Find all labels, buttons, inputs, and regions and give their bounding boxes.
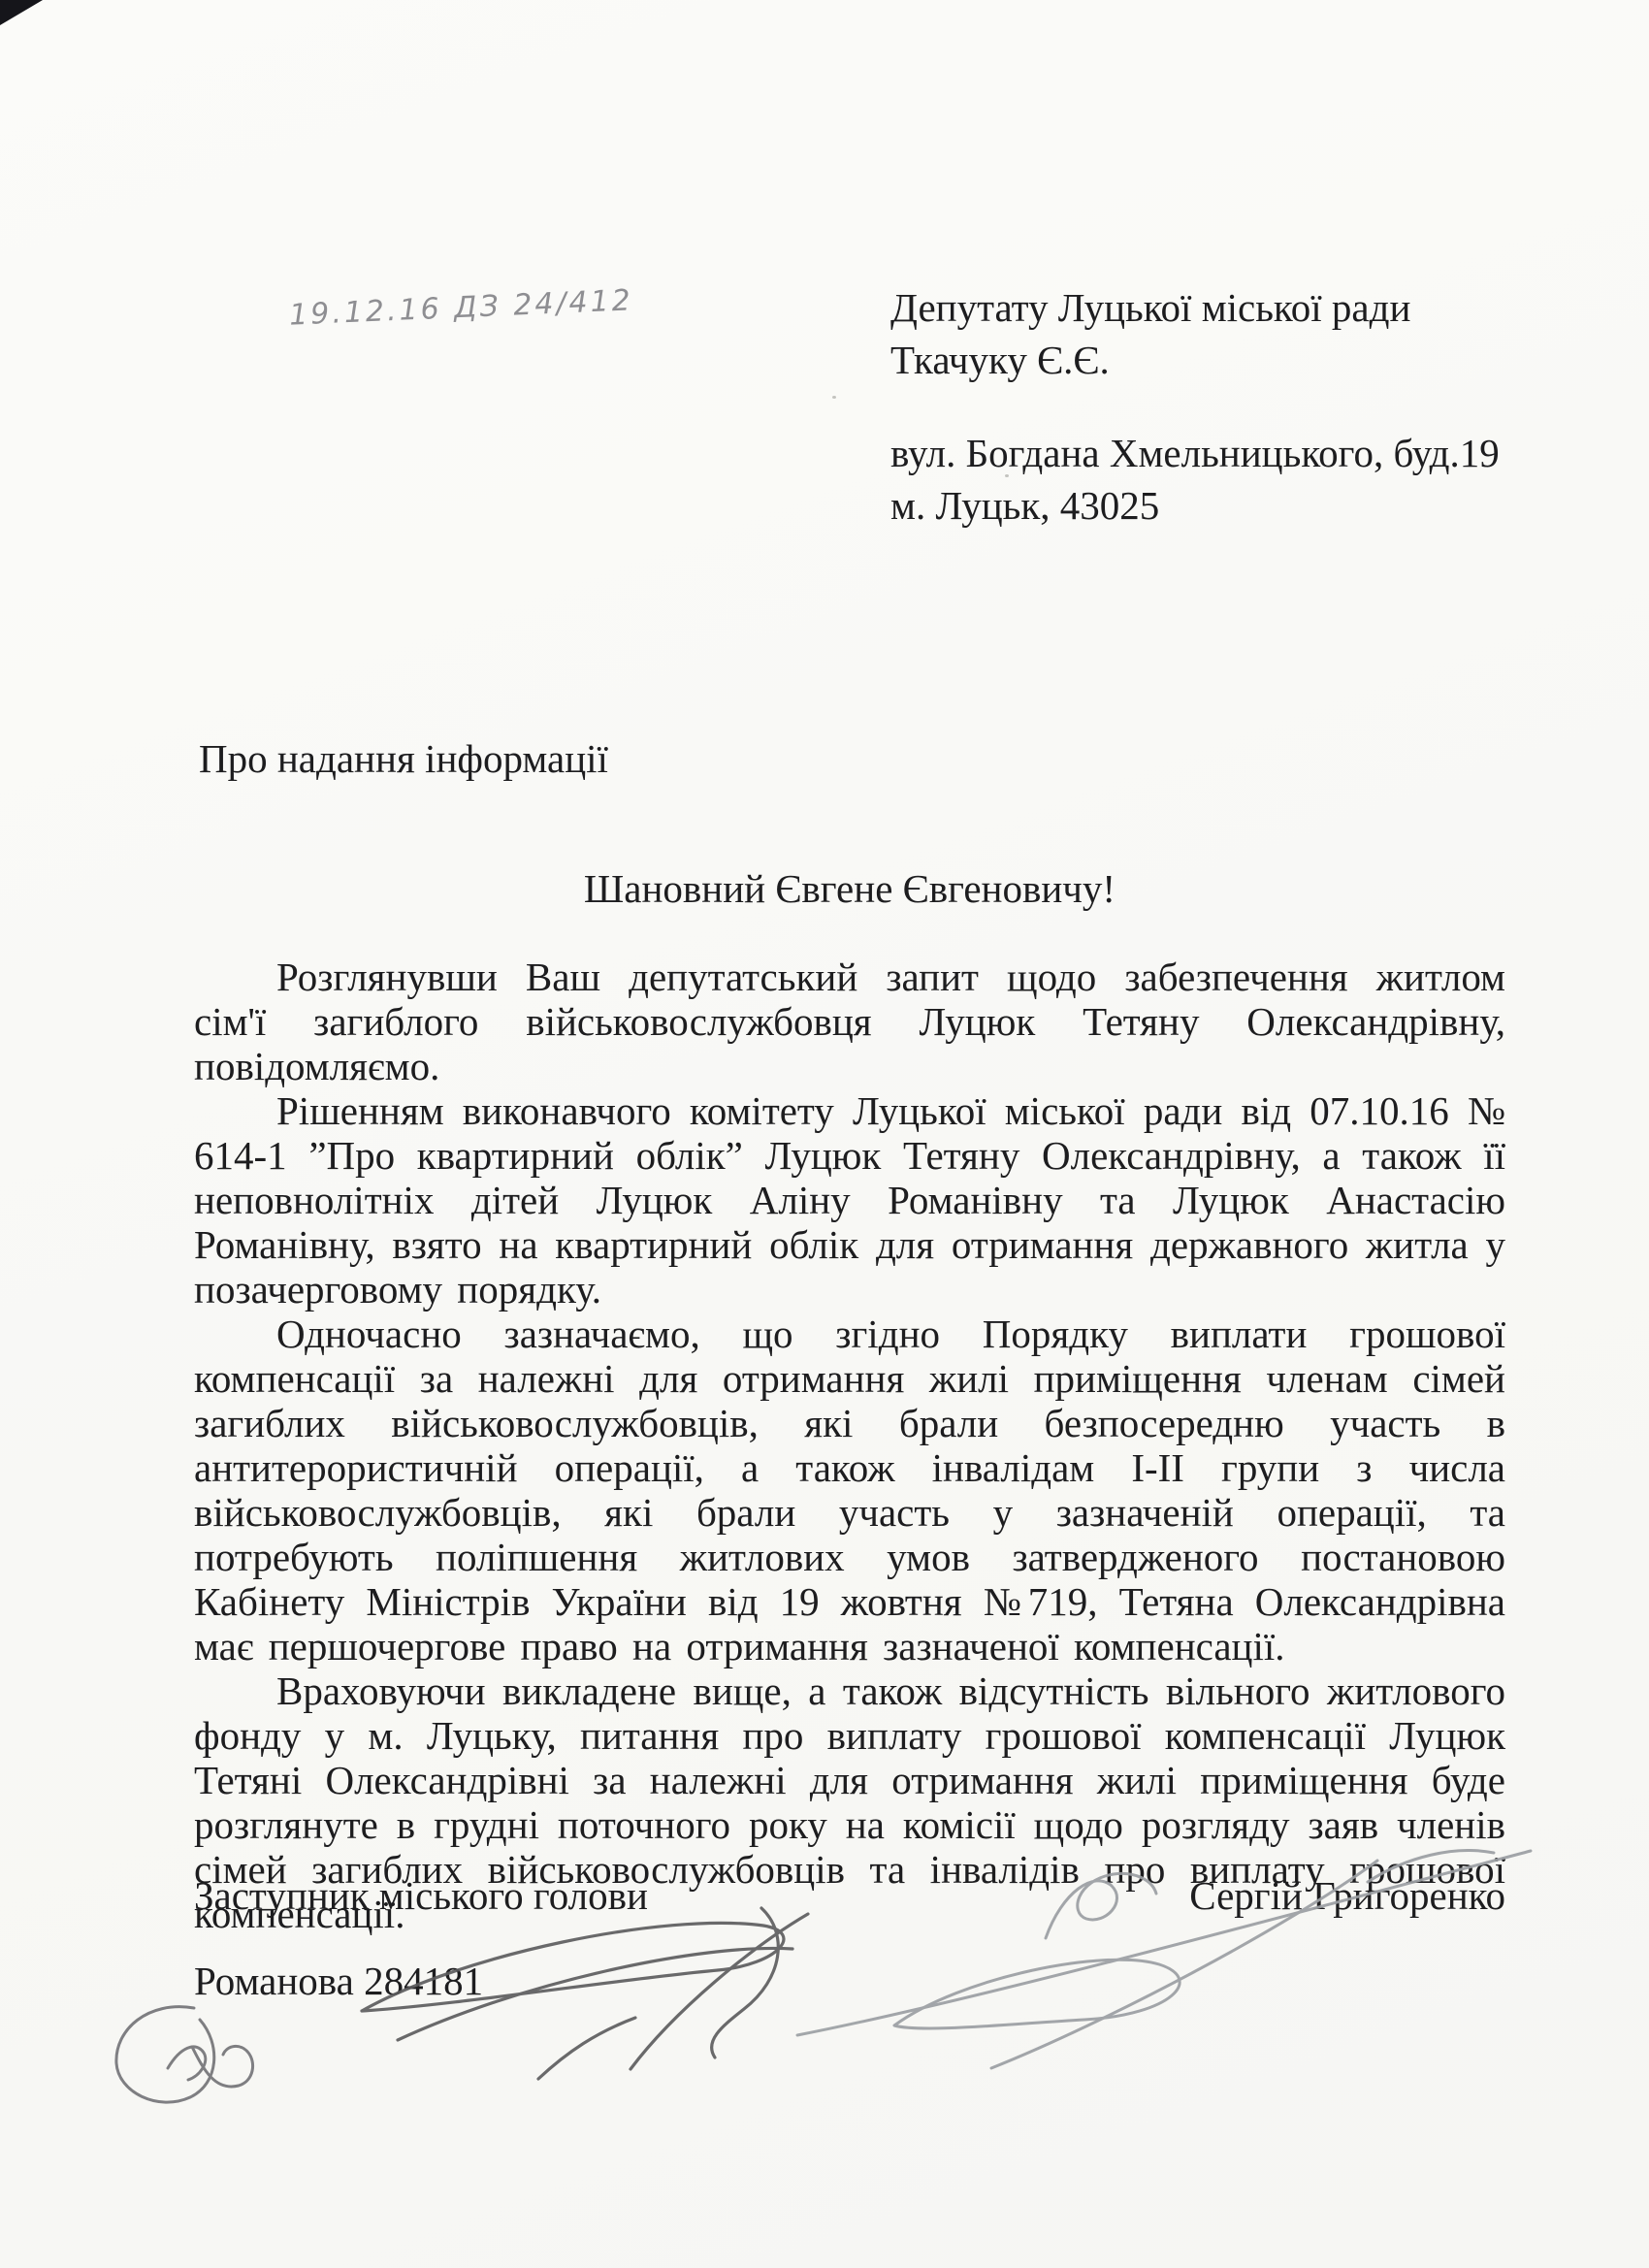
body-paragraph: Рішенням виконавчого комітету Луцької мі… (194, 1088, 1505, 1312)
recipient-name: Ткачуку Є.Є. (890, 334, 1500, 386)
body-paragraph: Одночасно зазначаємо, що згідно Порядку … (194, 1312, 1505, 1669)
scanned-letter-page: 19.12.16 ДЗ 24/412 Депутату Луцької місь… (0, 0, 1649, 2268)
signature-scribble (344, 1887, 839, 2086)
recipient-city: м. Луцьк, 43025 (890, 479, 1500, 532)
registration-note-handwritten: 19.12.16 ДЗ 24/412 (288, 283, 633, 332)
signature-ink (786, 1824, 1542, 2076)
initials-circle-mark (95, 1991, 279, 2122)
recipient-block: Депутату Луцької міської ради Ткачуку Є.… (890, 281, 1500, 532)
recipient-street: вул. Богдана Хмельницького, буд.19 (890, 427, 1500, 479)
salutation: Шановний Євгене Євгеновичу! (194, 865, 1505, 912)
body-paragraph: Розглянувши Ваш депутатський запит щодо … (194, 955, 1505, 1088)
recipient-title: Депутату Луцької міської ради (890, 281, 1500, 334)
letter-body: Шановний Євгене Євгеновичу! Розглянувши … (194, 865, 1505, 1936)
scan-corner-artifact (0, 0, 43, 25)
subject-line: Про надання інформації (199, 735, 608, 782)
scan-speck (832, 396, 836, 399)
